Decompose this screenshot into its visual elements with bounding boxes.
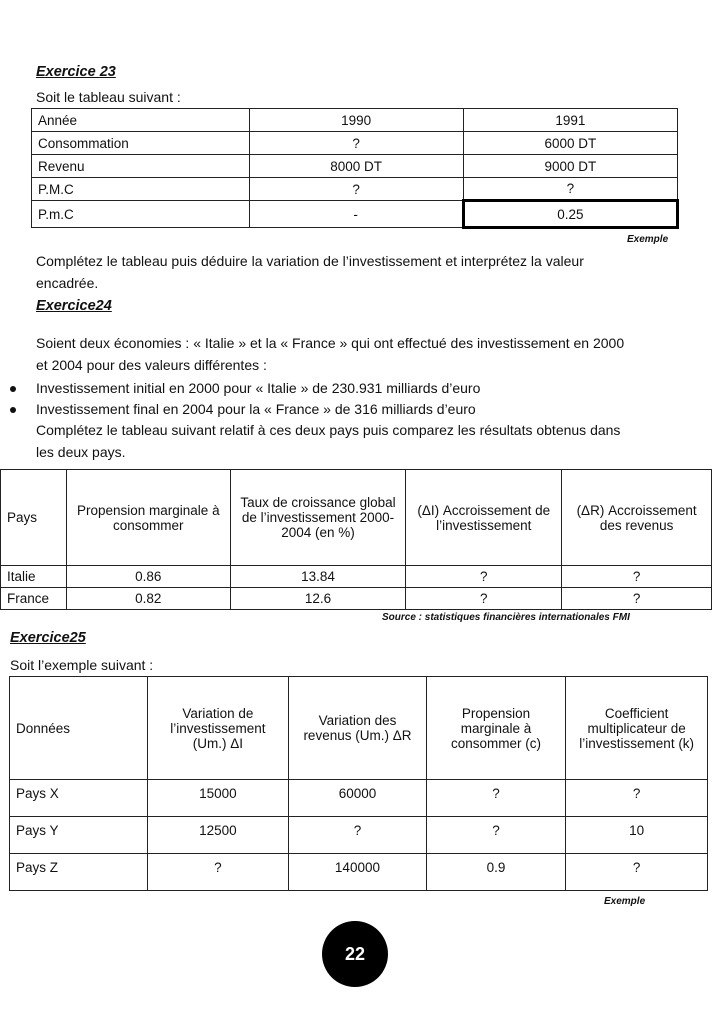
list-item: Investissement initial en 2000 pour « It… [36,378,480,399]
table-cell: 8000 DT [249,155,463,178]
table-cell: ? [426,780,566,817]
table-cell: 0.82 [66,588,230,610]
question-line: encadrée. [36,272,584,294]
table-cell: 10 [566,817,708,854]
table-cell: P.m.C [32,201,250,228]
table-row: P.M.C ? ? [32,178,678,201]
table-cell: 60000 [289,780,427,817]
table-row: Pays Z ? 140000 0.9 ? [10,854,708,891]
highlighted-cell: 0.25 [463,201,677,228]
table-row: P.m.C - 0.25 [32,201,678,228]
table-cell: ? [406,588,562,610]
table-cell: 15000 [147,780,289,817]
table-row: Consommation ? 6000 DT [32,132,678,155]
table-cell: ? [566,780,708,817]
bullet-icon [10,407,16,413]
exercise-25-intro: Soit l’exemple suivant : [10,654,153,676]
table-cell: France [1,588,67,610]
table-cell: ? [249,132,463,155]
table-cell: Revenu [32,155,250,178]
table-cell: ? [463,178,677,201]
table-row: Données Variation de l’investissement (U… [10,677,708,780]
exercise-23-table: Année 1990 1991 Consommation ? 6000 DT R… [31,108,679,229]
exercise-24-table: Pays Propension marginale à consommer Ta… [0,469,712,610]
table-row: France 0.82 12.6 ? ? [1,588,712,610]
example-note: Exemple [627,234,668,245]
intro-line: et 2004 pour des valeurs différentes : [36,354,624,376]
exercise-24-intro: Soient deux économies : « Italie » et la… [36,332,624,376]
bullet-icon [10,386,16,392]
table-cell: Consommation [32,132,250,155]
exercise-23-title: Exercice 23 [36,64,116,80]
table-row: Année 1990 1991 [32,109,678,132]
exercise-25-table: Données Variation de l’investissement (U… [9,676,708,891]
table-cell: 1991 [463,109,677,132]
table-header-cell: Variation des revenus (Um.) ΔR [289,677,427,780]
table-cell: 12.6 [230,588,406,610]
exercise-23-intro: Soit le tableau suivant : [36,86,181,108]
question-line: Complétez le tableau suivant relatif à c… [36,419,620,441]
table-cell: 140000 [289,854,427,891]
table-cell: Pays X [10,780,148,817]
page-number-badge: 22 [322,921,388,987]
table-cell: Année [32,109,250,132]
question-line: Complétez le tableau puis déduire la var… [36,250,584,272]
table-cell: ? [426,817,566,854]
bullet-text: Investissement initial en 2000 pour « It… [36,380,480,396]
list-item: Investissement final en 2004 pour la « F… [36,399,480,420]
table-row: Italie 0.86 13.84 ? ? [1,566,712,588]
table-cell: 6000 DT [463,132,677,155]
table-cell: ? [147,854,289,891]
exercise-24-title: Exercice24 [36,298,112,314]
table-cell: ? [566,854,708,891]
table-header-cell: Coefficient multiplicateur de l’investis… [566,677,708,780]
table-cell: Pays Y [10,817,148,854]
table-row: Revenu 8000 DT 9000 DT [32,155,678,178]
table-cell: 12500 [147,817,289,854]
exercise-24-question: Complétez le tableau suivant relatif à c… [36,419,620,463]
table-cell: Pays Z [10,854,148,891]
table-cell: ? [562,588,712,610]
table-cell: P.M.C [32,178,250,201]
table-header-cell: Pays [1,470,67,566]
table-cell: - [249,201,463,228]
table-row: Pays X 15000 60000 ? ? [10,780,708,817]
source-note: Source : statistiques financières intern… [382,612,630,623]
table-row: Pays Propension marginale à consommer Ta… [1,470,712,566]
table-cell: Italie [1,566,67,588]
table-header-cell: Propension marginale à consommer [66,470,230,566]
table-cell: ? [289,817,427,854]
example-note: Exemple [604,896,645,907]
exercise-25-title: Exercice25 [10,630,86,646]
exercise-23-question: Complétez le tableau puis déduire la var… [36,250,584,294]
table-cell: ? [406,566,562,588]
table-cell: 1990 [249,109,463,132]
table-cell: ? [249,178,463,201]
table-header-cell: (ΔI) Accroissement de l’investissement [406,470,562,566]
table-header-cell: Propension marginale à consommer (c) [426,677,566,780]
question-line: les deux pays. [36,441,620,463]
table-header-cell: Données [10,677,148,780]
bullet-list: Investissement initial en 2000 pour « It… [36,378,480,420]
table-header-cell: (ΔR) Accroissement des revenus [562,470,712,566]
table-header-cell: Taux de croissance global de l’investiss… [230,470,406,566]
table-cell: 9000 DT [463,155,677,178]
table-cell: 13.84 [230,566,406,588]
table-header-cell: Variation de l’investissement (Um.) ΔI [147,677,289,780]
bullet-text: Investissement final en 2004 pour la « F… [36,401,476,417]
intro-line: Soient deux économies : « Italie » et la… [36,332,624,354]
table-cell: 0.9 [426,854,566,891]
table-cell: 0.86 [66,566,230,588]
table-row: Pays Y 12500 ? ? 10 [10,817,708,854]
table-cell: ? [562,566,712,588]
